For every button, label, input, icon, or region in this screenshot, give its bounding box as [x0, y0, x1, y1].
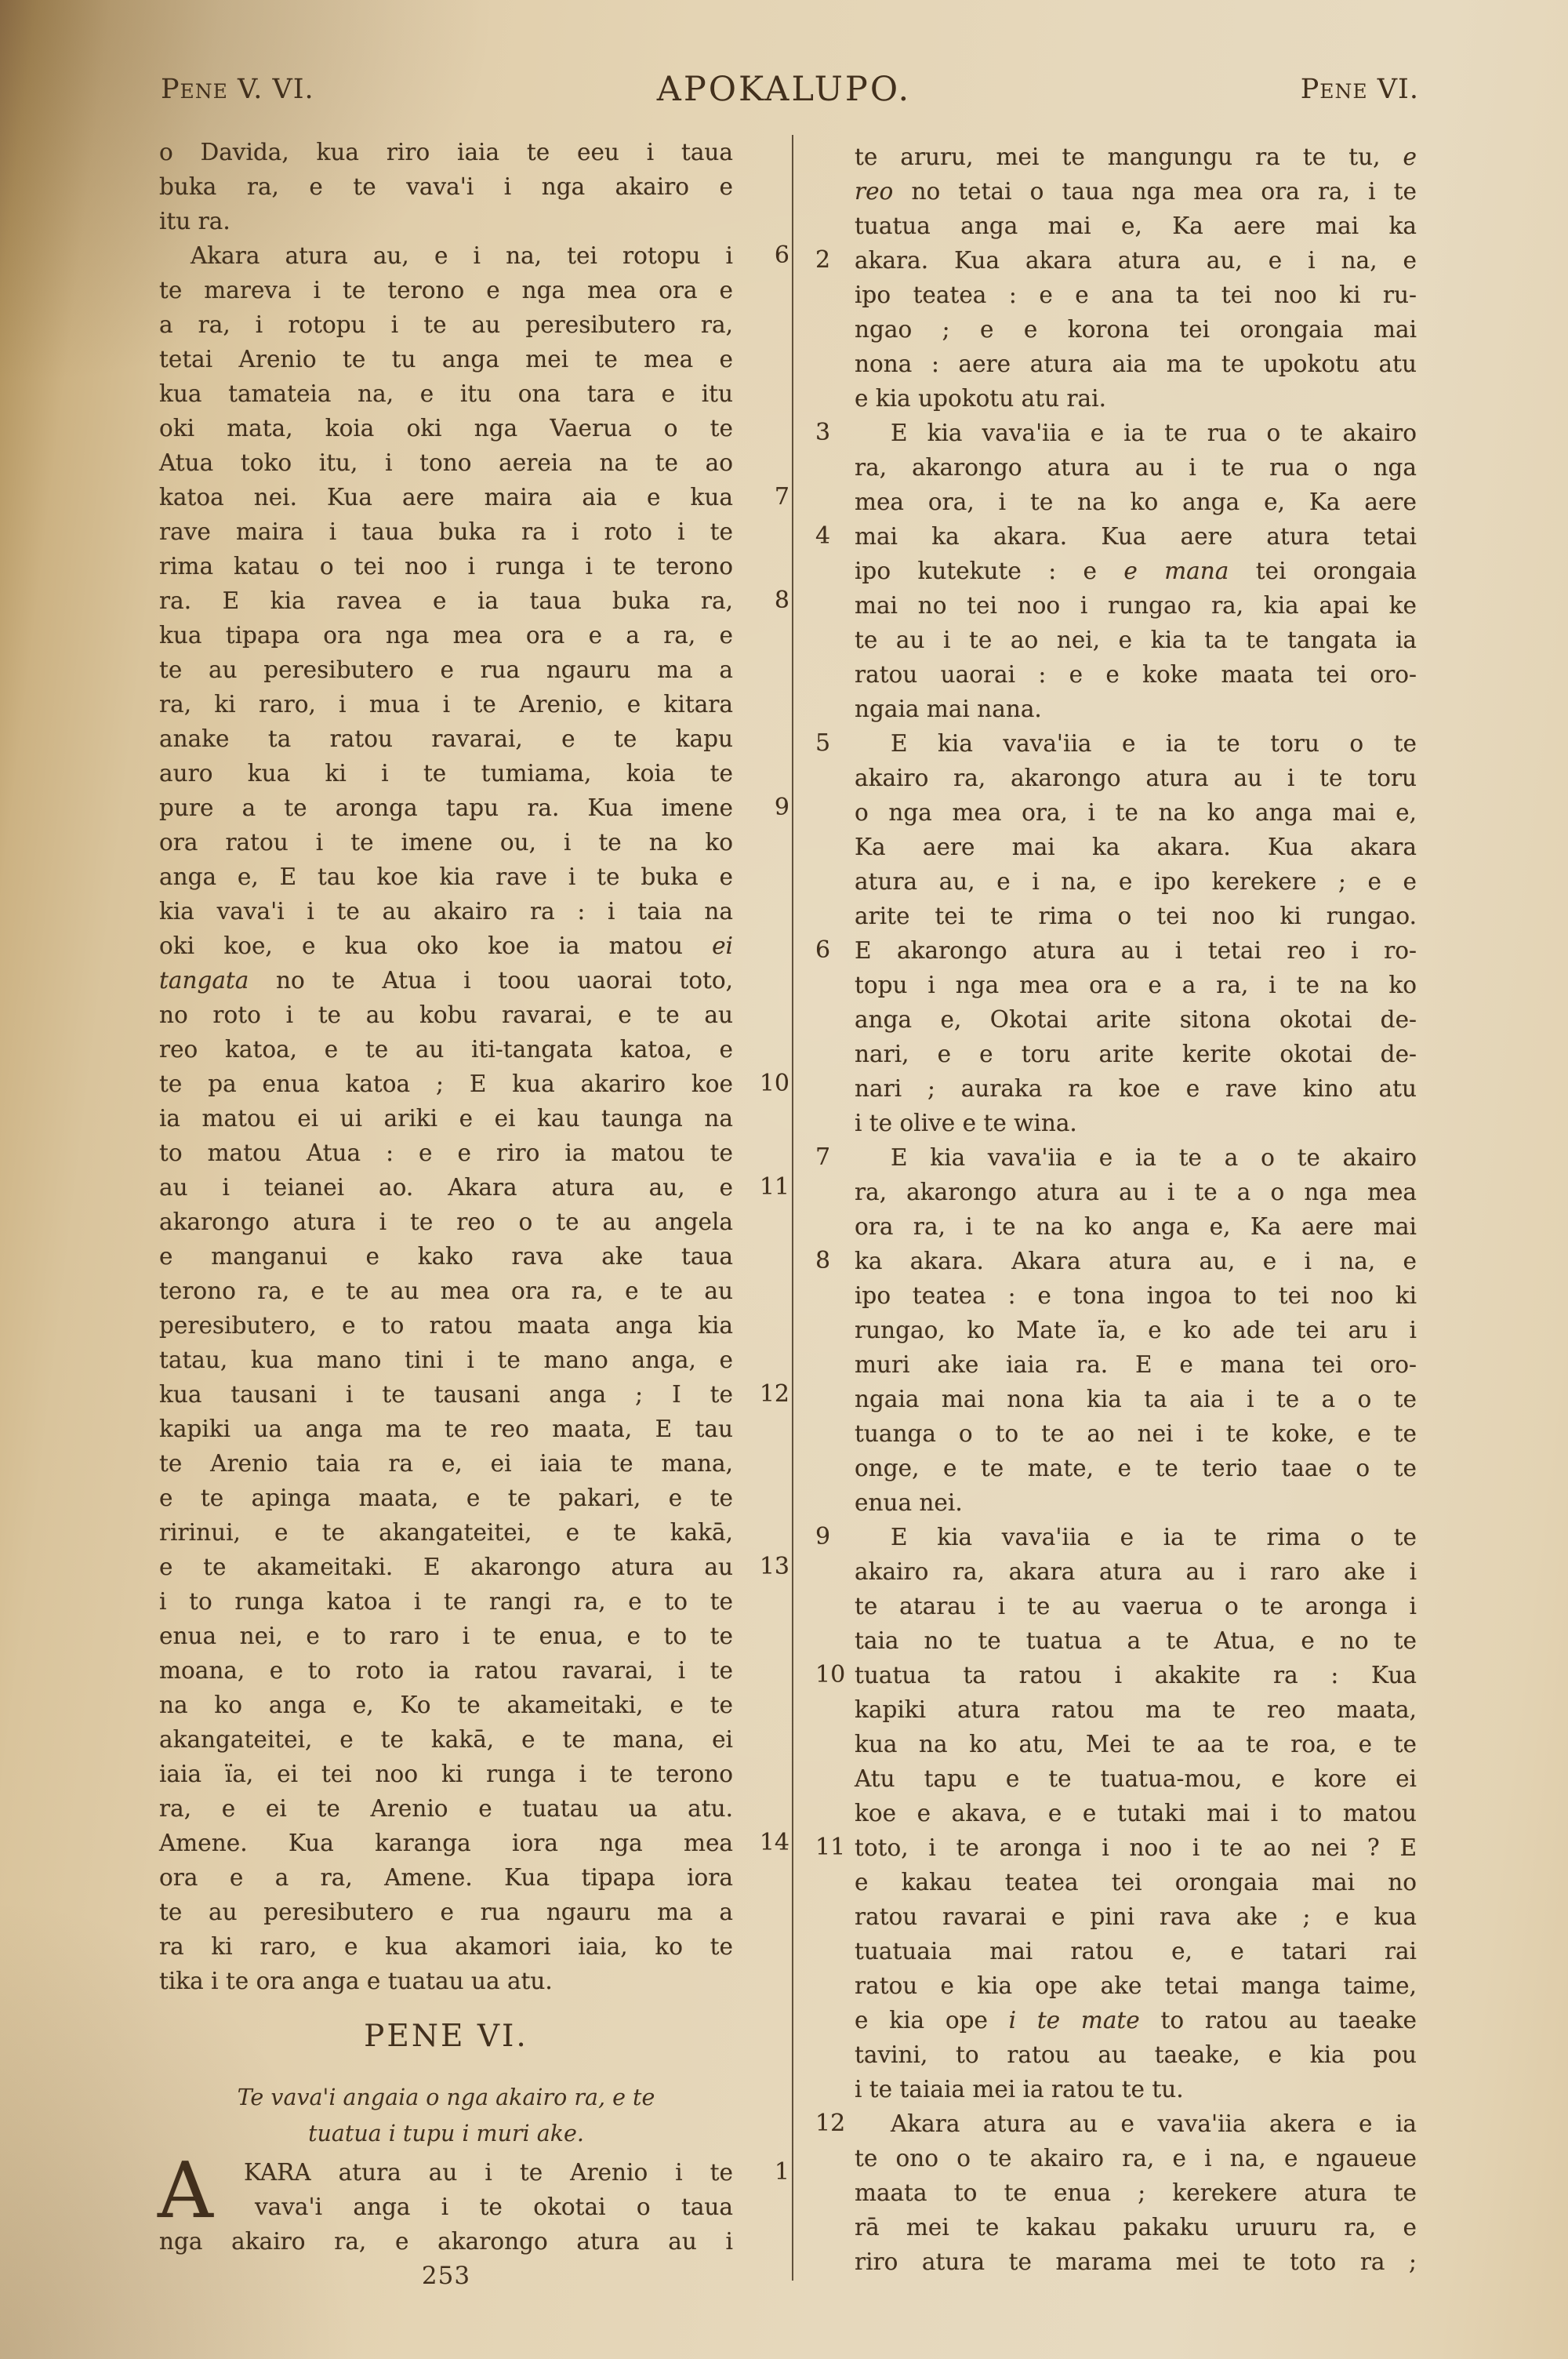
text-line: a ra, i rotopu i te au peresibutero ra, — [159, 307, 733, 342]
text-line: tetai Arenio te tu anga mei te mea e — [159, 342, 733, 376]
text-line: ora ratou i te imene ou, i te na ko — [159, 825, 733, 860]
verse-number: 12 — [815, 2106, 848, 2141]
text-line: enua nei, e to raro i te enua, e to te — [159, 1619, 733, 1653]
text-line: e kakau teatea tei orongaia mai no — [855, 1865, 1417, 1899]
text-line: akangateitei, e te kakā, e te mana, ei — [159, 1722, 733, 1757]
text-line: to matou Atua : e e riro ia matou te — [159, 1136, 733, 1170]
text-line: ia matou ei ui ariki e ei kau taunga na — [159, 1101, 733, 1136]
text-line: ratou ravarai e pini rava ake ; e kua — [855, 1899, 1417, 1934]
text-line: e te apinga maata, e te pakari, e te — [159, 1481, 733, 1515]
text-line: te au peresibutero e rua ngauru ma a — [159, 1895, 733, 1929]
text-line: e te akameitaki. E akarongo atura au — [159, 1550, 733, 1584]
verse-number: 13 — [741, 1550, 789, 1584]
text-line: Akara atura au, e i na, tei rotopu i — [159, 238, 733, 273]
text-line: itu ra. — [159, 204, 733, 238]
text-line: E kia vava'iia e ia te rua o te akairo — [855, 416, 1417, 450]
text-line: onge, e te mate, e te terio taae o te — [855, 1451, 1417, 1485]
text-line: te mareva i te terono e nga mea ora e — [159, 273, 733, 307]
verse-number: 8 — [741, 583, 789, 618]
text-line: Ka aere mai ka akara. Kua akara — [855, 830, 1417, 864]
verse-number: 12 — [741, 1377, 789, 1412]
text-line: te atarau i te au vaerua o te aronga i — [855, 1589, 1417, 1623]
text-line: ra, akarongo atura au i te rua o nga — [855, 450, 1417, 485]
verse-number: 3 — [815, 416, 848, 450]
text-line: ririnui, e te akangateitei, e te kakā, — [159, 1515, 733, 1550]
text-line: E akarongo atura au i tetai reo i ro- — [855, 933, 1417, 968]
chapter-intro-line: Te vava'i angaia o nga akairo ra, e te — [159, 2080, 733, 2116]
column-divider-rule — [792, 135, 793, 2281]
verse-number: 5 — [815, 726, 848, 761]
text-line: reo no tetai o taua nga mea ora ra, i te — [855, 174, 1417, 209]
text-line: ra ki raro, e kua akamori iaia, ko te — [159, 1929, 733, 1964]
text-line: ratou uaorai : e e koke maata tei oro- — [855, 657, 1417, 692]
text-line: ka akara. Akara atura au, e i na, e — [855, 1244, 1417, 1278]
verse-number: 7 — [741, 480, 789, 514]
text-line: na ko anga e, Ko te akameitaki, e te — [159, 1688, 733, 1722]
scanned-book-page: Pene V. VI. APOKALUPO. Pene VI. o Davida… — [0, 0, 1568, 2359]
text-line: E kia vava'iia e ia te rima o te — [855, 1520, 1417, 1554]
text-line: kua na ko atu, Mei te aa te roa, e te — [855, 1727, 1417, 1761]
text-line: mai ka akara. Kua aere atura tetai — [855, 519, 1417, 554]
chapter-intro: Te vava'i angaia o nga akairo ra, e te t… — [159, 2080, 733, 2152]
verse-number: 6 — [741, 238, 789, 273]
text-line: ngao ; e e korona tei orongaia mai — [855, 312, 1417, 347]
chapter-opening-paragraph: A KARA atura au i te Arenio i tevava'i a… — [159, 2155, 733, 2259]
text-line: i te taiaia mei ia ratou te tu. — [855, 2072, 1417, 2106]
verse-number: 9 — [741, 791, 789, 825]
text-line: ipo teatea : e e ana ta tei noo ki ru- — [855, 278, 1417, 312]
text-line: akarongo atura i te reo o te au angela — [159, 1205, 733, 1239]
text-line: moana, e to roto ia ratou ravarai, i te — [159, 1653, 733, 1688]
text-line: E kia vava'iia e ia te toru o te — [855, 726, 1417, 761]
verse-number: 1 — [741, 2155, 789, 2190]
text-line: mea ora, i te na ko anga e, Ka aere — [855, 485, 1417, 519]
text-line: peresibutero, e to ratou maata anga kia — [159, 1308, 733, 1343]
text-line: ipo kutekute : e e mana tei orongaia — [855, 554, 1417, 588]
text-line: nari, e e toru arite kerite okotai de- — [855, 1037, 1417, 1071]
text-line: kapiki atura ratou ma te reo maata, — [855, 1692, 1417, 1727]
text-line: tuatua anga mai e, Ka aere mai ka — [855, 209, 1417, 243]
verse-number: 11 — [815, 1830, 848, 1865]
text-line: buka ra, e te vava'i i nga akairo e — [159, 169, 733, 204]
text-line: E kia vava'iia e ia te a o te akairo — [855, 1140, 1417, 1175]
verse-number: 9 — [815, 1520, 848, 1554]
text-line: e kia ope i te mate to ratou au taeake — [855, 2003, 1417, 2037]
text-line: Atua toko itu, i tono aereia na te ao — [159, 445, 733, 480]
text-line: terono ra, e te au mea ora ra, e te au — [159, 1274, 733, 1308]
text-line: toto, i te aronga i noo i te ao nei ? E — [855, 1830, 1417, 1865]
text-line: oki mata, koia oki nga Vaerua o te — [159, 411, 733, 445]
text-line: e manganui e kako rava ake taua — [159, 1239, 733, 1274]
verse-number: 6 — [815, 933, 848, 968]
text-line: anake ta ratou ravarai, e te kapu — [159, 722, 733, 756]
text-line: maata to te enua ; kerekere atura te — [855, 2175, 1417, 2210]
text-line: Akara atura au e vava'iia akera e ia — [855, 2106, 1417, 2141]
text-line: te ono o te akairo ra, e i na, e ngaueue — [855, 2141, 1417, 2175]
text-line: Atu tapu e te tuatua-mou, e kore ei — [855, 1761, 1417, 1796]
text-line: te au i te ao nei, e kia ta te tangata i… — [855, 623, 1417, 657]
text-line: riro atura te marama mei te toto ra ; — [855, 2245, 1417, 2279]
text-line: tika i te ora anga e tuatau ua atu. — [159, 1964, 733, 1998]
text-line: ra, ki raro, i mua i te Arenio, e kitara — [159, 687, 733, 722]
text-line: koe e akava, e e tutaki mai i to matou — [855, 1796, 1417, 1830]
chapter-intro-line: tuatua i tupu i muri ake. — [159, 2116, 733, 2152]
text-line: tuanga o to te ao nei i te koke, e te — [855, 1416, 1417, 1451]
text-line: kua tipapa ora nga mea ora e a ra, e — [159, 618, 733, 652]
text-line: muri ake iaia ra. E e mana tei oro- — [855, 1347, 1417, 1382]
text-line: tangata no te Atua i toou uaorai toto, — [159, 963, 733, 998]
text-line: ngaia mai nona kia ta aia i te a o te — [855, 1382, 1417, 1416]
text-line: te Arenio taia ra e, ei iaia te mana, — [159, 1446, 733, 1481]
verse-number: 14 — [741, 1826, 789, 1860]
text-line: te au peresibutero e rua ngauru ma a — [159, 652, 733, 687]
verse-number: 10 — [741, 1067, 789, 1101]
text-line: ngaia mai nana. — [855, 692, 1417, 726]
text-line: ipo teatea : e tona ingoa to tei noo ki — [855, 1278, 1417, 1313]
text-line: Amene. Kua karanga iora nga mea — [159, 1826, 733, 1860]
text-line: te aruru, mei te mangungu ra te tu, e — [855, 140, 1417, 174]
text-line: anga e, E tau koe kia rave i te buka e — [159, 860, 733, 894]
text-line: i to runga katoa i te rangi ra, e to te — [159, 1584, 733, 1619]
text-line: katoa nei. Kua aere maira aia e kua — [159, 480, 733, 514]
text-line: kua tamateia na, e itu ona tara e itu — [159, 376, 733, 411]
text-line: anga e, Okotai arite sitona okotai de- — [855, 1002, 1417, 1037]
text-line: vava'i anga i te okotai o taua — [159, 2190, 733, 2224]
text-line: rā mei te kakau pakaku uruuru ra, e — [855, 2210, 1417, 2245]
text-line: te pa enua katoa ; E kua akariro koe — [159, 1067, 733, 1101]
running-head-right: Pene VI. — [1301, 69, 1419, 110]
text-line: arite tei te rima o tei noo ki rungao. — [855, 899, 1417, 933]
text-line: ra. E kia ravea e ia taua buka ra, — [159, 583, 733, 618]
text-line: oki koe, e kua oko koe ia matou ei — [159, 929, 733, 963]
text-line: iaia ïa, ei tei noo ki runga i te terono — [159, 1757, 733, 1791]
left-text-column: o Davida, kua riro iaia te eeu i tauabuk… — [159, 135, 733, 1998]
text-line: kia vava'i i te au akairo ra : i taia na — [159, 894, 733, 929]
chapter-heading: PENE VI. — [159, 2017, 733, 2056]
text-line: o nga mea ora, i te na ko anga mai e, — [855, 795, 1417, 830]
text-line: ora e a ra, Amene. Kua tipapa iora — [159, 1860, 733, 1895]
text-line: ra, akarongo atura au i te a o nga mea — [855, 1175, 1417, 1209]
text-line: nga akairo ra, e akarongo atura au i — [159, 2224, 733, 2259]
text-line: reo katoa, e te au iti-tangata katoa, e — [159, 1032, 733, 1067]
verse-number: 7 — [815, 1140, 848, 1175]
text-line: rave maira i taua buka ra i roto i te — [159, 514, 733, 549]
verse-number: 8 — [815, 1244, 848, 1278]
text-line: nari ; auraka ra koe e rave kino atu — [855, 1071, 1417, 1106]
right-text-column: te aruru, mei te mangungu ra te tu, ereo… — [855, 140, 1417, 2279]
verse-number: 4 — [815, 519, 848, 554]
text-line: no roto i te au kobu ravarai, e te au — [159, 998, 733, 1032]
text-line: akairo ra, akarongo atura au i te toru — [855, 761, 1417, 795]
text-line: ra, e ei te Arenio e tuatau ua atu. — [159, 1791, 733, 1826]
text-line: tuatua ta ratou i akakite ra : Kua — [855, 1658, 1417, 1692]
text-line: topu i nga mea ora e a ra, i te na ko — [855, 968, 1417, 1002]
text-line: tuatuaia mai ratou e, e tatari rai — [855, 1934, 1417, 1968]
text-line: kua tausani i te tausani anga ; I te — [159, 1377, 733, 1412]
text-line: i te olive e te wina. — [855, 1106, 1417, 1140]
text-line: ratou e kia ope ake tetai manga taime, — [855, 1968, 1417, 2003]
text-line: e kia upokotu atu rai. — [855, 381, 1417, 416]
text-line: tatau, kua mano tini i te mano anga, e — [159, 1343, 733, 1377]
text-line: taia no te tuatua a te Atua, e no te — [855, 1623, 1417, 1658]
text-line: o Davida, kua riro iaia te eeu i taua — [159, 135, 733, 169]
text-line: au i teianei ao. Akara atura au, e — [159, 1170, 733, 1205]
text-line: akara. Kua akara atura au, e i na, e — [855, 243, 1417, 278]
text-line: akairo ra, akara atura au i raro ake i — [855, 1554, 1417, 1589]
text-line: ora ra, i te na ko anga e, Ka aere mai — [855, 1209, 1417, 1244]
text-line: mai no tei noo i rungao ra, kia apai ke — [855, 588, 1417, 623]
verse-number: 11 — [741, 1170, 789, 1205]
text-line: atura au, e i na, e ipo kerekere ; e e — [855, 864, 1417, 899]
text-line: KARA atura au i te Arenio i te — [159, 2155, 733, 2190]
text-line: kapiki ua anga ma te reo maata, E tau — [159, 1412, 733, 1446]
text-line: auro kua ki i te tumiama, koia te — [159, 756, 733, 791]
text-line: pure a te aronga tapu ra. Kua imene — [159, 791, 733, 825]
verse-number: 2 — [815, 243, 848, 278]
text-line: rungao, ko Mate ïa, e ko ade tei aru i — [855, 1313, 1417, 1347]
text-line: rima katau o tei noo i runga i te terono — [159, 549, 733, 583]
verse-number: 10 — [815, 1658, 848, 1692]
page-number: 253 — [159, 2262, 733, 2290]
text-line: tavini, to ratou au taeake, e kia pou — [855, 2037, 1417, 2072]
text-line: enua nei. — [855, 1485, 1417, 1520]
text-line: nona : aere atura aia ma te upokotu atu — [855, 347, 1417, 381]
